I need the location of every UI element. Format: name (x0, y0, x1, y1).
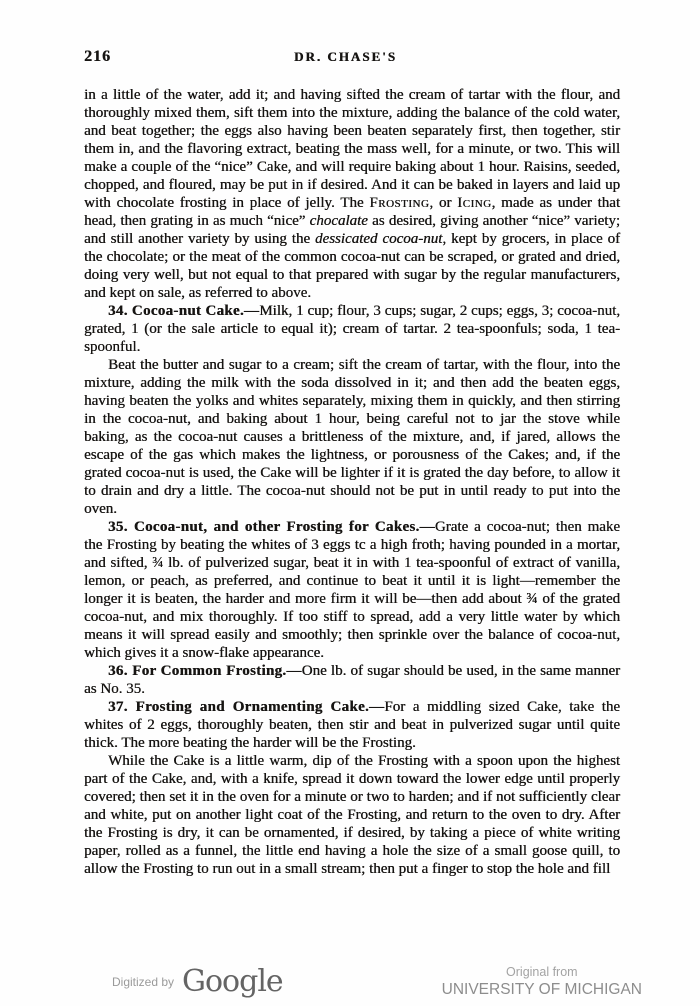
text-segment: Frosting (369, 195, 429, 211)
text-segment: 36. For Common Frosting.— (108, 663, 302, 679)
paragraph: 36. For Common Frosting.—One lb. of suga… (84, 662, 620, 698)
paragraph: 37. Frosting and Ornamenting Cake.—For a… (84, 698, 620, 752)
digitized-by-block: Digitized by Google (112, 967, 283, 997)
text-segment: Beat the butter and sugar to a cream; si… (84, 357, 620, 517)
digitized-by-label: Digitized by (112, 975, 174, 989)
text-segment: chocalate (310, 213, 368, 229)
text-segment: dessicated cocoa-nut (315, 231, 442, 247)
text-segment: 37. Frosting and Ornamenting Cake.— (108, 699, 384, 715)
text-segment: Grate a cocoa-nut; then make the Frostin… (84, 519, 620, 661)
text-segment: in a little of the water, add it; and ha… (84, 87, 620, 211)
text-segment: , or (429, 195, 457, 211)
text-segment: 34. Cocoa-nut Cake.— (108, 303, 259, 319)
paragraph: in a little of the water, add it; and ha… (84, 86, 620, 302)
text-segment: 35. Cocoa-nut, and other Frosting for Ca… (108, 519, 435, 535)
institution-name: UNIVERSITY OF MICHIGAN (442, 980, 642, 1000)
page-number: 216 (84, 48, 111, 66)
google-logo: Google (182, 967, 283, 997)
book-page: 216 DR. CHASE'S in a little of the water… (0, 0, 700, 1006)
paragraph: While the Cake is a little warm, dip of … (84, 752, 620, 878)
paragraph: 34. Cocoa-nut Cake.—Milk, 1 cup; flour, … (84, 302, 620, 356)
paragraph: Beat the butter and sugar to a cream; si… (84, 356, 620, 518)
text-segment: While the Cake is a little warm, dip of … (84, 753, 620, 877)
original-from-block: Original from UNIVERSITY OF MICHIGAN (442, 964, 642, 1000)
text-segment: Icing (457, 195, 491, 211)
paragraph: 35. Cocoa-nut, and other Frosting for Ca… (84, 518, 620, 662)
page-footer: Digitized by Google Original from UNIVER… (0, 964, 700, 1000)
running-title: DR. CHASE'S (111, 49, 620, 65)
original-from-label: Original from (442, 964, 642, 980)
page-header: 216 DR. CHASE'S (0, 0, 700, 66)
page-body: in a little of the water, add it; and ha… (0, 66, 700, 878)
